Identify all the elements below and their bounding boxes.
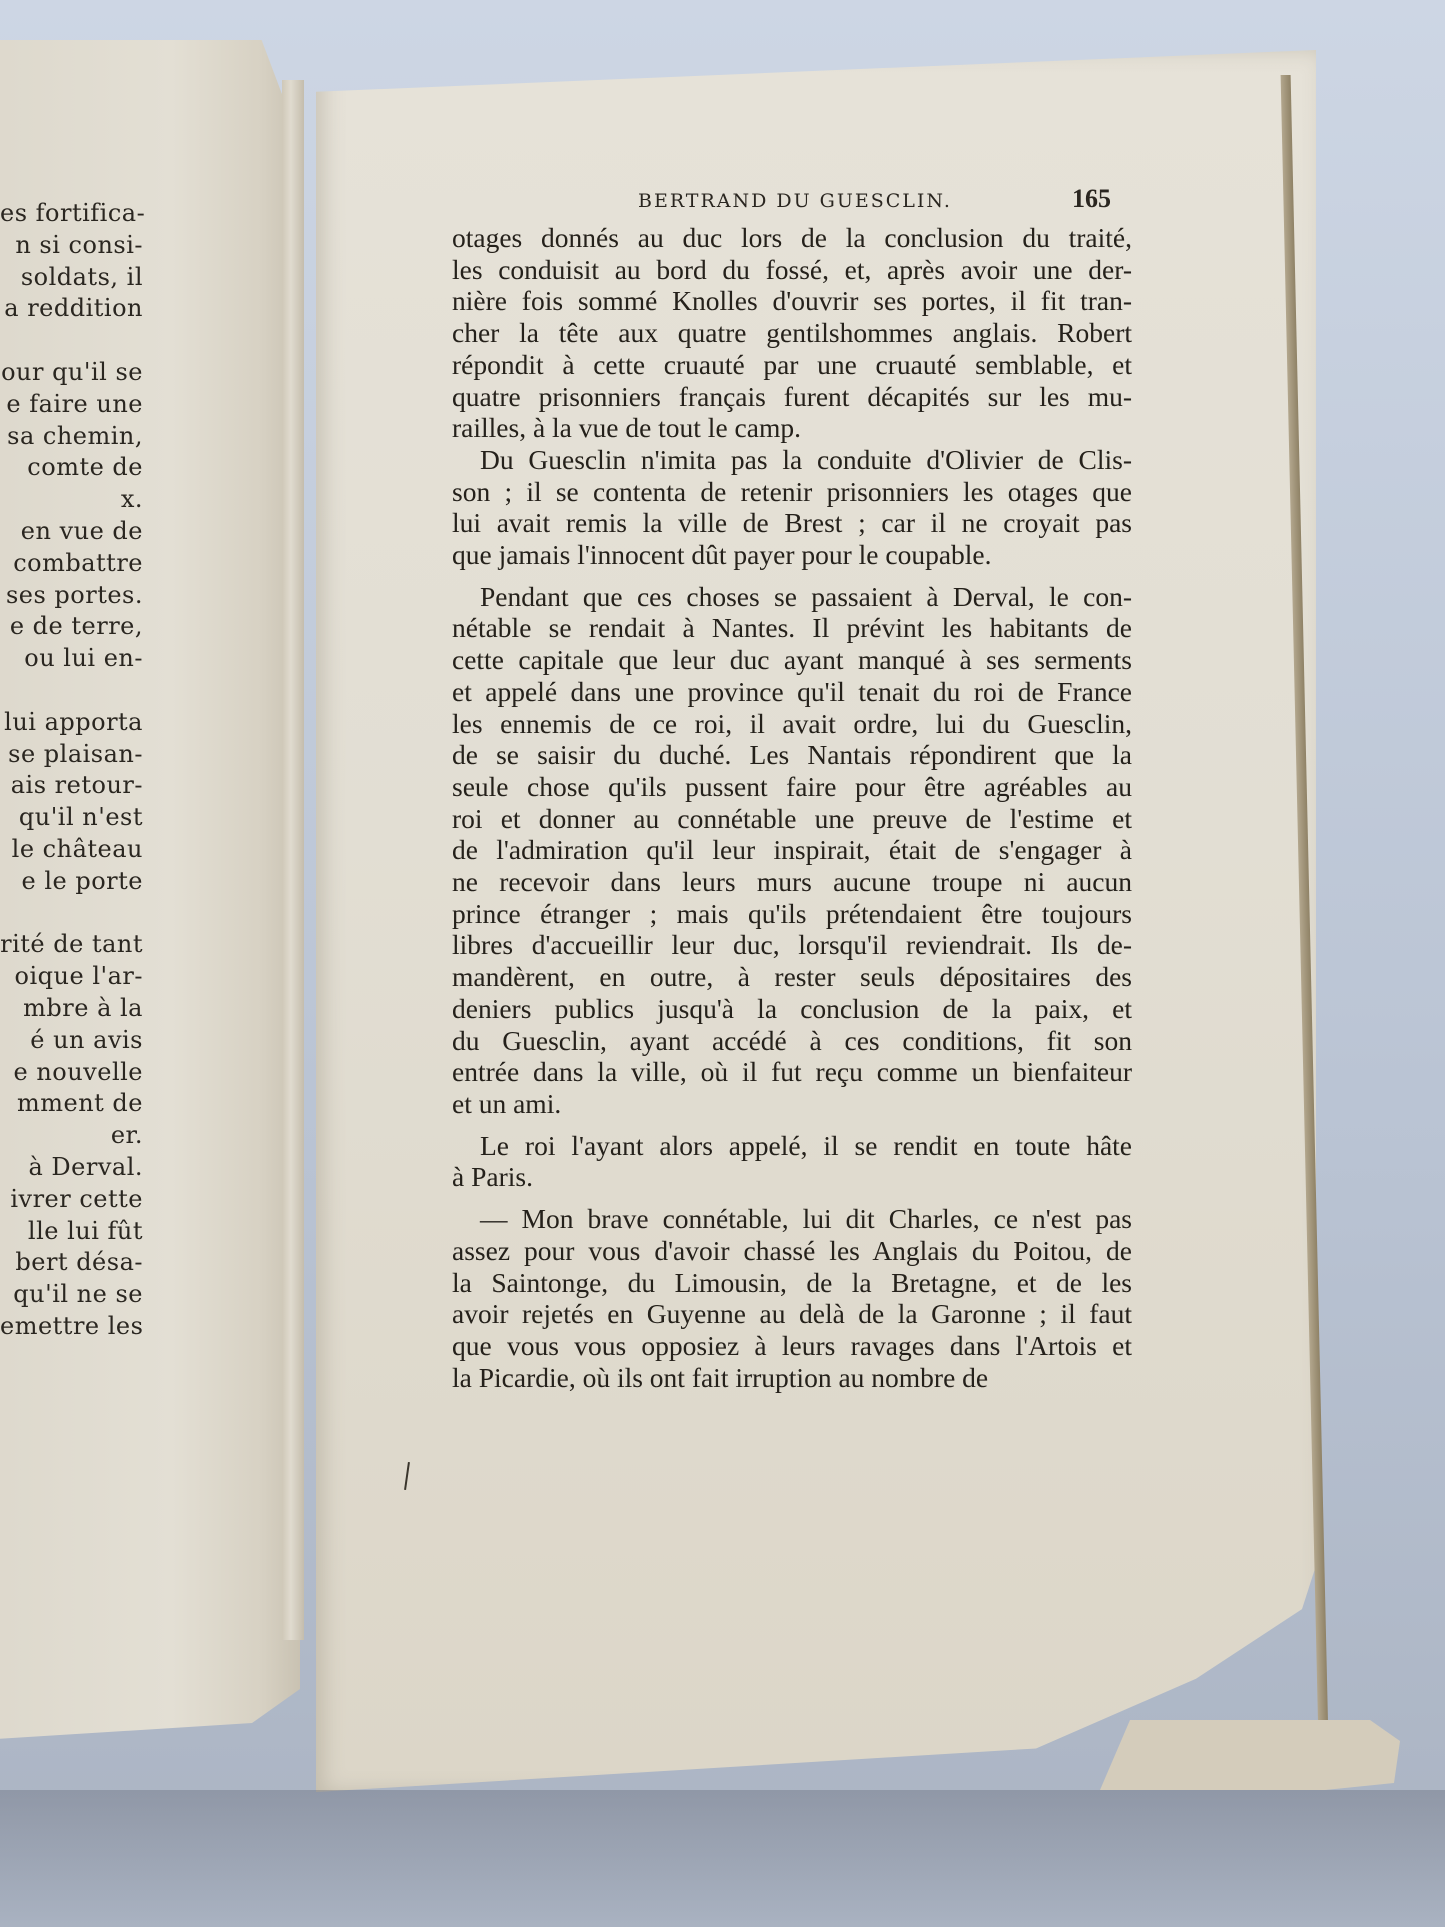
left-text-line: sa chemin, <box>0 421 143 453</box>
text-line: mandèrent, en outre, à rester seuls dépo… <box>452 961 1132 993</box>
right-page-body-text: otages donnés au duc lors de la conclusi… <box>452 222 1132 1393</box>
text-line: à Paris. <box>452 1161 1132 1193</box>
text-line: répondit à cette cruauté par une cruauté… <box>452 349 1132 381</box>
left-text-line: comte de <box>0 452 143 484</box>
text-line: avoir rejetés en Guyenne au delà de la G… <box>452 1298 1132 1330</box>
text-line: entrée dans la ville, où il fut reçu com… <box>452 1056 1132 1088</box>
text-line: deniers publics jusqu'à la conclusion de… <box>452 993 1132 1025</box>
left-text-line: qu'il ne se <box>0 1279 143 1311</box>
left-text-line: n si consi- <box>0 230 143 262</box>
text-line: cette capitale que leur duc ayant manqué… <box>452 644 1132 676</box>
text-line: de l'admiration qu'il leur inspirait, ét… <box>452 834 1132 866</box>
left-text-line: a reddition <box>0 293 143 325</box>
text-line: du Guesclin, ayant accédé à ces conditio… <box>452 1025 1132 1057</box>
text-line: les conduisit au bord du fossé, et, aprè… <box>452 254 1132 286</box>
left-text-line: es fortifica- <box>0 198 143 230</box>
text-line: que jamais l'innocent dût payer pour le … <box>452 539 1132 571</box>
left-text-gap <box>0 325 143 357</box>
paragraph: Pendant que ces choses se passaient à De… <box>452 581 1132 1120</box>
left-text-line: lui apporta <box>0 707 143 739</box>
text-line: seule chose qu'ils pussent faire pour êt… <box>452 771 1132 803</box>
paragraph: otages donnés au duc lors de la conclusi… <box>452 222 1132 444</box>
text-line: ne recevoir dans leurs murs aucune troup… <box>452 866 1132 898</box>
text-line: otages donnés au duc lors de la conclusi… <box>452 222 1132 254</box>
left-text-line: e faire une <box>0 389 143 421</box>
text-line: la Saintonge, du Limousin, de la Bretagn… <box>452 1267 1132 1299</box>
left-text-line: le château <box>0 834 143 866</box>
text-line: Pendant que ces choses se passaient à De… <box>452 581 1132 613</box>
left-text-line: mment de <box>0 1088 143 1120</box>
left-text-line: ivrer cette <box>0 1184 143 1216</box>
left-text-line: ais retour- <box>0 770 143 802</box>
left-text-line: er. <box>0 1120 143 1152</box>
text-line: les ennemis de ce roi, il avait ordre, l… <box>452 708 1132 740</box>
left-text-line: our qu'il se <box>0 357 143 389</box>
left-text-line: combattre <box>0 548 143 580</box>
text-line: la Picardie, où ils ont fait irruption a… <box>452 1362 1132 1394</box>
paragraph: Du Guesclin n'imita pas la conduite d'Ol… <box>452 444 1132 571</box>
text-line: et un ami. <box>452 1088 1132 1120</box>
left-text-line: bert désa- <box>0 1247 143 1279</box>
left-text-line: ou lui en- <box>0 643 143 675</box>
text-line: roi et donner au connétable une preuve d… <box>452 803 1132 835</box>
page-number: 165 <box>1072 184 1111 214</box>
left-text-line: en vue de <box>0 516 143 548</box>
left-text-line: à Derval. <box>0 1152 143 1184</box>
left-page-text: es fortifica-n si consi-soldats, ila red… <box>0 198 143 1343</box>
running-head: BERTRAND DU GUESCLIN. <box>638 190 952 212</box>
left-text-gap <box>0 675 143 707</box>
paragraph-gap <box>452 1193 1132 1203</box>
text-line: Du Guesclin n'imita pas la conduite d'Ol… <box>452 444 1132 476</box>
text-line: assez pour vous d'avoir chassé les Angla… <box>452 1235 1132 1267</box>
left-text-line: ses portes. <box>0 580 143 612</box>
left-text-line: é un avis <box>0 1025 143 1057</box>
left-text-line: soldats, il <box>0 262 143 294</box>
left-text-line: emettre les <box>0 1311 143 1343</box>
book-photo-scene: es fortifica-n si consi-soldats, ila red… <box>0 0 1445 1927</box>
left-text-line: rité de tant <box>0 929 143 961</box>
left-text-line: e nouvelle <box>0 1057 143 1089</box>
text-line: — Mon brave connétable, lui dit Charles,… <box>452 1203 1132 1235</box>
stacked-page-corners <box>1100 1720 1400 1790</box>
left-text-line: qu'il n'est <box>0 802 143 834</box>
left-text-line: x. <box>0 484 143 516</box>
text-line: nière fois sommé Knolles d'ouvrir ses po… <box>452 285 1132 317</box>
left-text-line: e de terre, <box>0 611 143 643</box>
text-line: de se saisir du duché. Les Nantais répon… <box>452 739 1132 771</box>
table-shadow <box>0 1790 1445 1927</box>
left-text-line: oique l'ar- <box>0 961 143 993</box>
text-line: Le roi l'ayant alors appelé, il se rendi… <box>452 1130 1132 1162</box>
text-line: prince étranger ; mais qu'ils prétendaie… <box>452 898 1132 930</box>
left-text-line: mbre à la <box>0 993 143 1025</box>
left-text-gap <box>0 898 143 930</box>
text-line: quatre prisonniers français furent décap… <box>452 381 1132 413</box>
book-gutter <box>282 80 304 1640</box>
text-line: et appelé dans une province qu'il tenait… <box>452 676 1132 708</box>
text-line: libres d'accueillir leur duc, lorsqu'il … <box>452 929 1132 961</box>
paragraph-gap <box>452 1120 1132 1130</box>
text-line: railles, à la vue de tout le camp. <box>452 412 1132 444</box>
text-line: cher la tête aux quatre gentilshommes an… <box>452 317 1132 349</box>
paragraph-gap <box>452 571 1132 581</box>
text-line: son ; il se contenta de retenir prisonni… <box>452 476 1132 508</box>
text-line: nétable se rendait à Nantes. Il prévint … <box>452 612 1132 644</box>
paragraph: Le roi l'ayant alors appelé, il se rendi… <box>452 1130 1132 1193</box>
text-line: que vous vous opposiez à leurs ravages d… <box>452 1330 1132 1362</box>
text-line: lui avait remis la ville de Brest ; car … <box>452 507 1132 539</box>
left-text-line: lle lui fût <box>0 1216 143 1248</box>
left-text-line: e le porte <box>0 866 143 898</box>
left-text-line: se plaisan- <box>0 739 143 771</box>
paragraph: — Mon brave connétable, lui dit Charles,… <box>452 1203 1132 1393</box>
